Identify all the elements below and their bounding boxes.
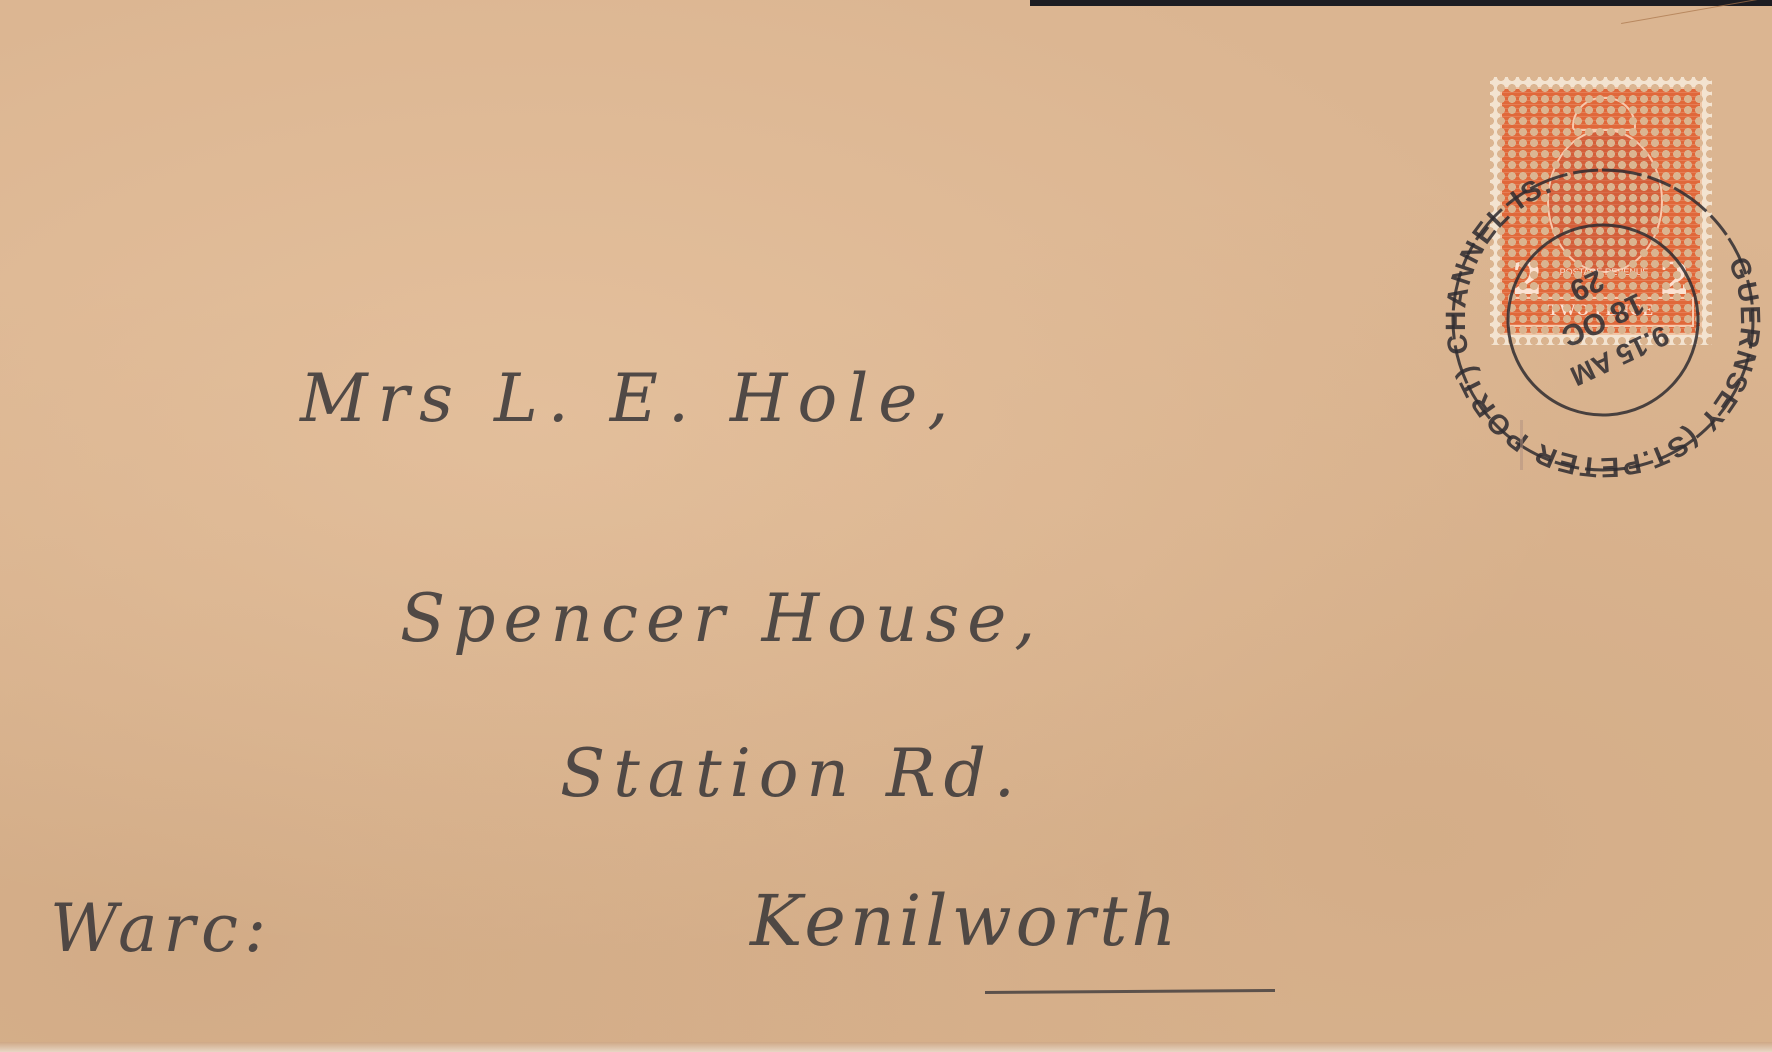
- address-street: Station Rd.: [560, 735, 1023, 812]
- address-house: Spencer House,: [400, 580, 1043, 657]
- scan-background-edge: [1030, 0, 1772, 6]
- crown-icon: [1572, 97, 1636, 131]
- address-recipient: Mrs L. E. Hole,: [300, 360, 958, 437]
- address-county: Warc:: [50, 890, 272, 967]
- town-underline: [985, 989, 1275, 994]
- envelope: 2 2 POSTAGE REVENUE TWO PENCE GUERNSEY (…: [0, 0, 1772, 1052]
- address-town: Kenilworth: [750, 880, 1180, 962]
- envelope-bottom-edge: [0, 1042, 1772, 1052]
- faint-ink-mark: [1520, 420, 1523, 470]
- postmark-year: 29: [1565, 263, 1609, 307]
- postmark-cancellation: GUERNSEY (ST.PETER PORT) CHANNEL IS. 9.1…: [1443, 160, 1763, 480]
